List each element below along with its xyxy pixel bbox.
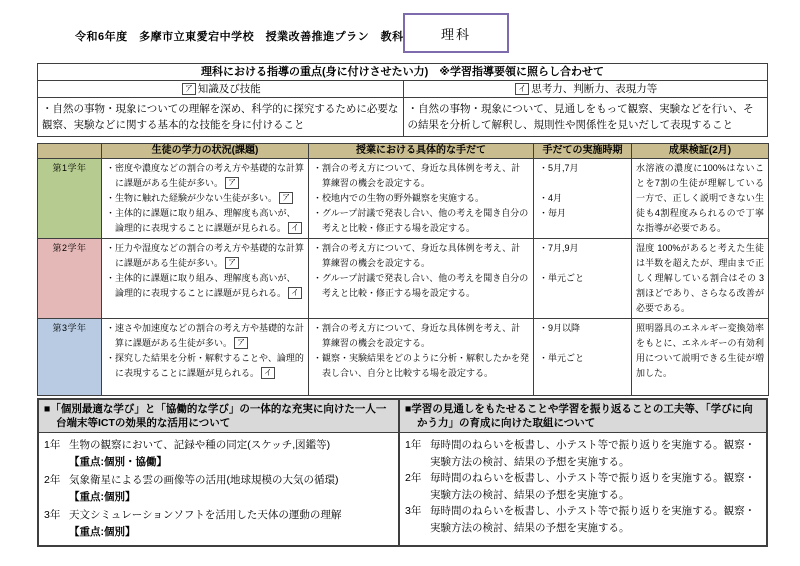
- issue-item: ・圧力や湿度などの割合の考え方や基礎的な計算に課題がある生徒が多い。ア: [106, 241, 304, 271]
- katakana-a-badge-icon: ア: [182, 83, 196, 95]
- table-row-grade1: 第1学年 ・密度や濃度などの割合の考え方や基礎的な計算に課題がある生徒が多い。ア…: [38, 159, 769, 239]
- item-content: 生物の観察において、記録や種の同定(スケッチ,図鑑等)【重点:個別・協働】: [69, 437, 393, 470]
- grade-label: 3年: [44, 507, 69, 540]
- timing-item: ・9月以降: [539, 321, 580, 336]
- header-grade-cell: [38, 144, 102, 159]
- grade-label-cell: 第2学年: [38, 239, 102, 319]
- issues-cell: ・密度や濃度などの割合の考え方や基礎的な計算に課題がある生徒が多い。ア ・生物に…: [102, 159, 309, 239]
- result-cell: 水溶液の濃度に100%はないことを7割の生徒が理解している一方で、正しく説明でき…: [632, 159, 769, 239]
- timing-item: ・単元ごと: [539, 351, 584, 366]
- measure-item: ・グループ討議で発表し合い、他の考えを聞き自分の考えと比較・修正する場を設定する…: [313, 271, 529, 301]
- item-text: 毎時間のねらいを板書し、小テスト等で振り返りを実施する。観察・実験方法の検討、結…: [430, 503, 761, 536]
- item-text: 天文シミュレーションソフトを活用した天体の運動の理解: [69, 509, 341, 521]
- grade-label: 1年: [405, 437, 430, 470]
- grade-label: 2年: [405, 470, 430, 503]
- item-focus-note: 【重点:個別】: [69, 524, 393, 541]
- measure-item: ・割合の考え方について、身近な具体例を考え、計算練習の機会を設定する。: [313, 161, 529, 191]
- measure-item: ・割合の考え方について、身近な具体例を考え、計算練習の機会を設定する。: [313, 241, 529, 271]
- measures-cell: ・割合の考え方について、身近な具体例を考え、計算練習の機会を設定する。 ・校地内…: [309, 159, 534, 239]
- issue-item: ・密度や濃度などの割合の考え方や基礎的な計算に課題がある生徒が多い。ア: [106, 161, 304, 191]
- list-item: 2年 気象衛星による雲の画像等の活用(地球規模の大気の循環)【重点:個別】: [44, 472, 393, 505]
- item-content: 天文シミュレーションソフトを活用した天体の運動の理解【重点:個別】: [69, 507, 393, 540]
- grade-plan-table: 生徒の学力の状況(課題) 授業における具体的な手だて 手だての実施時期 成果検証…: [37, 143, 769, 396]
- list-item: 3年 天文シミュレーションソフトを活用した天体の運動の理解【重点:個別】: [44, 507, 393, 540]
- katakana-i-badge-icon: イ: [261, 367, 275, 379]
- issue-item: ・主体的に課題に取り組み、理解度も高いが、論理的に表現することに課題が見られる。…: [106, 206, 304, 236]
- ict-section-heading: ■「個別最適な学び」と「協働的な学び」の一体的な充実に向けた一人一台端末等ICT…: [39, 400, 398, 433]
- focus-label-knowledge: ア知識及び技能: [38, 81, 403, 97]
- ict-section-body: 1年 生物の観察において、記録や種の同定(スケッチ,図鑑等)【重点:個別・協働】…: [39, 433, 398, 545]
- table-row-grade3: 第3学年 ・速さや加速度などの割合の考え方や基礎的な計算に課題がある生徒が多い。…: [38, 319, 769, 396]
- timing-item: ・毎月: [539, 206, 566, 221]
- bottom-sections: ■「個別最適な学び」と「協働的な学び」の一体的な充実に向けた一人一台端末等ICT…: [37, 398, 768, 547]
- timing-item: ・5月,7月: [539, 161, 579, 176]
- header-issues-cell: 生徒の学力の状況(課題): [102, 144, 309, 159]
- timing-item: ・4月: [539, 191, 562, 206]
- focus-label-row: ア知識及び技能 イ思考力、判断力、表現力等: [38, 81, 767, 98]
- focus-label-thinking: イ思考力、判断力、表現力等: [403, 81, 768, 97]
- issues-cell: ・速さや加速度などの割合の考え方や基礎的な計算に課題がある生徒が多い。ア ・探究…: [102, 319, 309, 396]
- list-item: 3年 毎時間のねらいを板書し、小テスト等で振り返りを実施する。観察・実験方法の検…: [405, 503, 761, 536]
- subject-name: 理科: [441, 24, 471, 43]
- document-title: 令和6年度 多摩市立東愛宕中学校 授業改善推進プラン 教科名: [75, 28, 415, 44]
- measure-item: ・割合の考え方について、身近な具体例を考え、計算練習の機会を設定する。: [313, 321, 529, 351]
- katakana-a-badge-icon: ア: [225, 257, 239, 269]
- instruction-focus-table: 理科における指導の重点(身に付けさせたい力) ※学習指導要領に照らし合わせて ア…: [37, 63, 768, 137]
- list-item: 1年 毎時間のねらいを板書し、小テスト等で振り返りを実施する。観察・実験方法の検…: [405, 437, 761, 470]
- grade-label: 1年: [44, 437, 69, 470]
- measure-item: ・観察・実験結果をどのように分析・解釈したかを発表し合い、自分と比較する場を設定…: [313, 351, 529, 381]
- item-focus-note: 【重点:個別】: [69, 489, 393, 506]
- katakana-i-badge-icon: イ: [288, 287, 302, 299]
- issue-text: ・圧力や湿度などの割合の考え方や基礎的な計算に課題がある生徒が多い。: [106, 243, 304, 268]
- issue-text: ・生物に触れた経験が少ない生徒が多い。: [106, 193, 277, 203]
- issue-item: ・主体的に課題に取り組み、理解度も高いが、論理的に表現することに課題が見られる。…: [106, 271, 304, 301]
- header-timing-cell: 手だての実施時期: [534, 144, 632, 159]
- measures-cell: ・割合の考え方について、身近な具体例を考え、計算練習の機会を設定する。 ・グルー…: [309, 239, 534, 319]
- katakana-i-badge-icon: イ: [515, 83, 529, 95]
- item-focus-note: 【重点:個別・協働】: [69, 454, 393, 471]
- katakana-a-badge-icon: ア: [234, 337, 248, 349]
- learning-outlook-section: ■学習の見通しをもたせることや学習を振り返ることの工夫等、「学びに向かう力」の育…: [398, 398, 768, 547]
- grade-label: 2年: [44, 472, 69, 505]
- header-results-cell: 成果検証(2月): [632, 144, 769, 159]
- issue-text: ・主体的に課題に取り組み、理解度も高いが、論理的に表現することに課題が見られる。: [106, 273, 296, 298]
- timing-item: ・7月,9月: [539, 241, 579, 256]
- issue-text: ・密度や濃度などの割合の考え方や基礎的な計算に課題がある生徒が多い。: [106, 163, 304, 188]
- focus-table-title: 理科における指導の重点(身に付けさせたい力) ※学習指導要領に照らし合わせて: [38, 64, 767, 81]
- focus-label-thinking-text: 思考力、判断力、表現力等: [531, 83, 657, 95]
- grade-label-cell: 第3学年: [38, 319, 102, 396]
- timing-cell: ・9月以降 ・単元ごと: [534, 319, 632, 396]
- focus-description-knowledge: ・自然の事物・現象についての理解を深め、科学的に探究するために必要な観察、実験な…: [38, 98, 403, 136]
- issues-cell: ・圧力や湿度などの割合の考え方や基礎的な計算に課題がある生徒が多い。ア ・主体的…: [102, 239, 309, 319]
- timing-item: ・単元ごと: [539, 271, 584, 286]
- issue-item: ・探究した結果を分析・解釈することや、論理的に表現することに課題が見られる。イ: [106, 351, 304, 381]
- lesson-improvement-plan-document: 令和6年度 多摩市立東愛宕中学校 授業改善推進プラン 教科名 理科 理科における…: [0, 0, 800, 566]
- list-item: 2年 毎時間のねらいを板書し、小テスト等で振り返りを実施する。観察・実験方法の検…: [405, 470, 761, 503]
- katakana-i-badge-icon: イ: [288, 222, 302, 234]
- issue-item: ・速さや加速度などの割合の考え方や基礎的な計算に課題がある生徒が多い。ア: [106, 321, 304, 351]
- item-text: 生物の観察において、記録や種の同定(スケッチ,図鑑等): [69, 439, 330, 451]
- outlook-section-heading: ■学習の見通しをもたせることや学習を振り返ることの工夫等、「学びに向かう力」の育…: [400, 400, 766, 433]
- table-header-row: 生徒の学力の状況(課題) 授業における具体的な手だて 手だての実施時期 成果検証…: [38, 144, 769, 159]
- measure-item: ・グループ討議で発表し合い、他の考えを聞き自分の考えと比較・修正する場を設定する…: [313, 206, 529, 236]
- item-text: 毎時間のねらいを板書し、小テスト等で振り返りを実施する。観察・実験方法の検討、結…: [430, 437, 761, 470]
- focus-description-thinking: ・自然の事物・現象について、見通しをもって観察、実験などを行い、その結果を分析し…: [403, 98, 768, 136]
- result-cell: 湿度 100%があると考えた生徒は半数を超えたが、理由まで正しく理解している割合…: [632, 239, 769, 319]
- item-text: 毎時間のねらいを板書し、小テスト等で振り返りを実施する。観察・実験方法の検討、結…: [430, 470, 761, 503]
- timing-cell: ・7月,9月 ・単元ごと: [534, 239, 632, 319]
- subject-name-box: 理科: [403, 13, 509, 53]
- measures-cell: ・割合の考え方について、身近な具体例を考え、計算練習の機会を設定する。 ・観察・…: [309, 319, 534, 396]
- list-item: 1年 生物の観察において、記録や種の同定(スケッチ,図鑑等)【重点:個別・協働】: [44, 437, 393, 470]
- grade-label-cell: 第1学年: [38, 159, 102, 239]
- issue-item: ・生物に触れた経験が少ない生徒が多い。ア: [106, 191, 304, 206]
- measure-item: ・校地内での生物の野外観察を実施する。: [313, 191, 529, 206]
- issue-text: ・主体的に課題に取り組み、理解度も高いが、論理的に表現することに課題が見られる。: [106, 208, 296, 233]
- focus-description-row: ・自然の事物・現象についての理解を深め、科学的に探究するために必要な観察、実験な…: [38, 98, 767, 136]
- katakana-a-badge-icon: ア: [225, 177, 239, 189]
- result-cell: 照明器具のエネルギー変換効率をもとに、エネルギーの有効利用について説明できる生徒…: [632, 319, 769, 396]
- table-row-grade2: 第2学年 ・圧力や湿度などの割合の考え方や基礎的な計算に課題がある生徒が多い。ア…: [38, 239, 769, 319]
- grade-label: 3年: [405, 503, 430, 536]
- item-text: 気象衛星による雲の画像等の活用(地球規模の大気の循環): [69, 474, 339, 486]
- focus-label-knowledge-text: 知識及び技能: [198, 83, 261, 95]
- timing-cell: ・5月,7月 ・4月 ・毎月: [534, 159, 632, 239]
- katakana-a-badge-icon: ア: [279, 192, 293, 204]
- header-measures-cell: 授業における具体的な手だて: [309, 144, 534, 159]
- outlook-section-body: 1年 毎時間のねらいを板書し、小テスト等で振り返りを実施する。観察・実験方法の検…: [400, 433, 766, 539]
- item-content: 気象衛星による雲の画像等の活用(地球規模の大気の循環)【重点:個別】: [69, 472, 393, 505]
- issue-text: ・速さや加速度などの割合の考え方や基礎的な計算に課題がある生徒が多い。: [106, 323, 304, 348]
- ict-utilization-section: ■「個別最適な学び」と「協働的な学び」の一体的な充実に向けた一人一台端末等ICT…: [37, 398, 400, 547]
